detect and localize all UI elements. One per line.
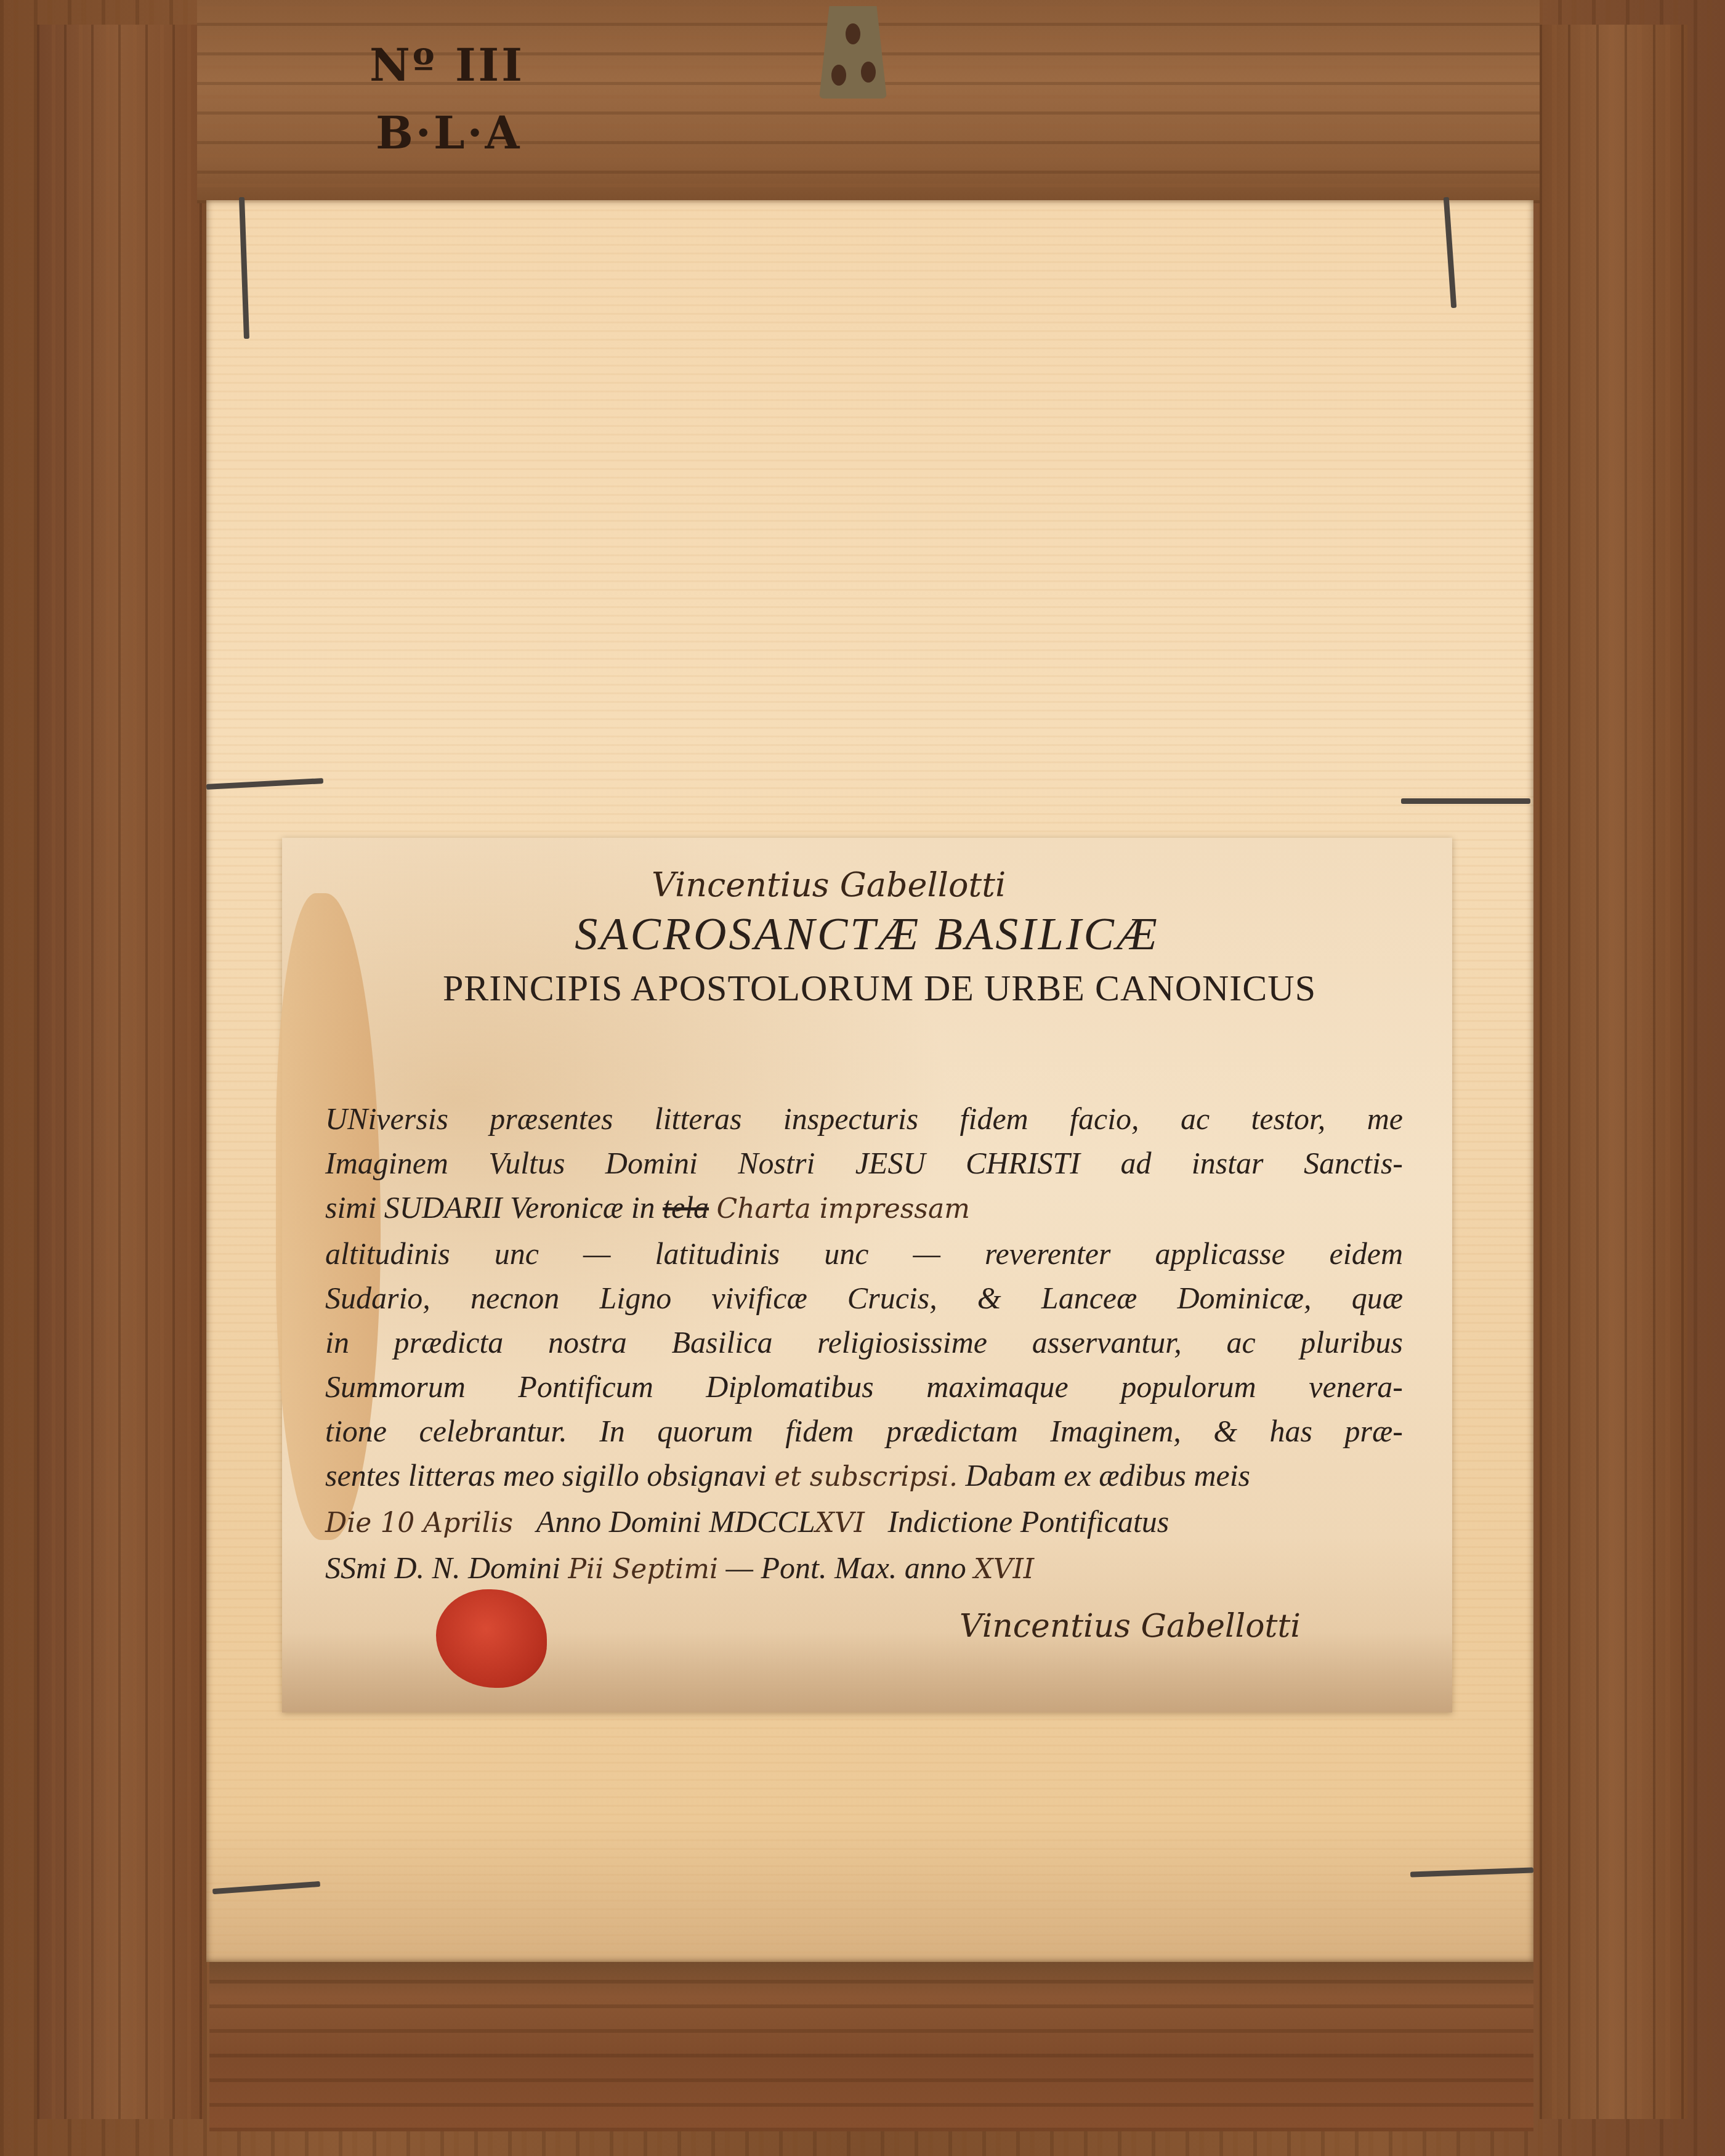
body-line: in prædicta nostra Basilica religiosissi… bbox=[325, 1320, 1403, 1364]
nail-icon bbox=[1401, 798, 1530, 804]
frame-bottom-rail bbox=[209, 1953, 1533, 2131]
handwritten-signature-top: Vincentius Gabellotti bbox=[652, 865, 1006, 904]
hanging-bracket-icon bbox=[819, 6, 887, 99]
frame-left-rail bbox=[37, 25, 203, 2119]
handwritten-signature-bottom: Vincentius Gabellotti bbox=[959, 1608, 1301, 1645]
certificate-document: Vincentius Gabellotti SACROSANCTÆ BASILI… bbox=[282, 838, 1452, 1712]
handwritten-date: Die 10 Aprilis bbox=[325, 1507, 513, 1539]
frame-right-rail bbox=[1540, 25, 1687, 2119]
body-line: UNiversis præsentes litteras inspecturis… bbox=[325, 1096, 1403, 1141]
handwritten-insertion: Charta impressam bbox=[717, 1193, 970, 1225]
frame-marking-number: Nº III bbox=[370, 43, 525, 87]
body-line: Imaginem Vultus Domini Nostri JESU CHRIS… bbox=[325, 1141, 1403, 1185]
body-line: Die 10 Aprilis Anno Domini MDCCLXVI Indi… bbox=[325, 1499, 1403, 1546]
body-line: altitudinis unc — latitudinis unc — reve… bbox=[325, 1231, 1403, 1276]
handwritten-pontificate-year: XVII bbox=[974, 1554, 1034, 1585]
handwritten-insertion: et subscripsi. bbox=[774, 1461, 958, 1493]
handwritten-year: XVI bbox=[815, 1507, 864, 1539]
certificate-subtitle: PRINCIPIS APOSTOLORUM DE URBE CANONICUS bbox=[319, 967, 1440, 1010]
frame-marking-initials: B·L·A bbox=[376, 111, 522, 155]
certificate-title: SACROSANCTÆ BASILICÆ bbox=[282, 909, 1452, 961]
certificate-body: UNiversis præsentes litteras inspecturis… bbox=[325, 1096, 1403, 1592]
body-line: tione celebrantur. In quorum fidem prædi… bbox=[325, 1409, 1403, 1453]
body-line: Summorum Pontificum Diplomatibus maximaq… bbox=[325, 1364, 1403, 1409]
body-line: SSmi D. N. Domini Pii Septimi — Pont. Ma… bbox=[325, 1546, 1403, 1592]
body-line: Sudario, necnon Ligno vivificæ Crucis, &… bbox=[325, 1276, 1403, 1320]
body-line: sentes litteras meo sigillo obsignavi et… bbox=[325, 1453, 1403, 1499]
struck-word: tela bbox=[663, 1190, 709, 1225]
body-line: simi SUDARII Veronicæ in tela Charta imp… bbox=[325, 1185, 1403, 1231]
handwritten-pope: Pii Septimi bbox=[568, 1554, 718, 1585]
